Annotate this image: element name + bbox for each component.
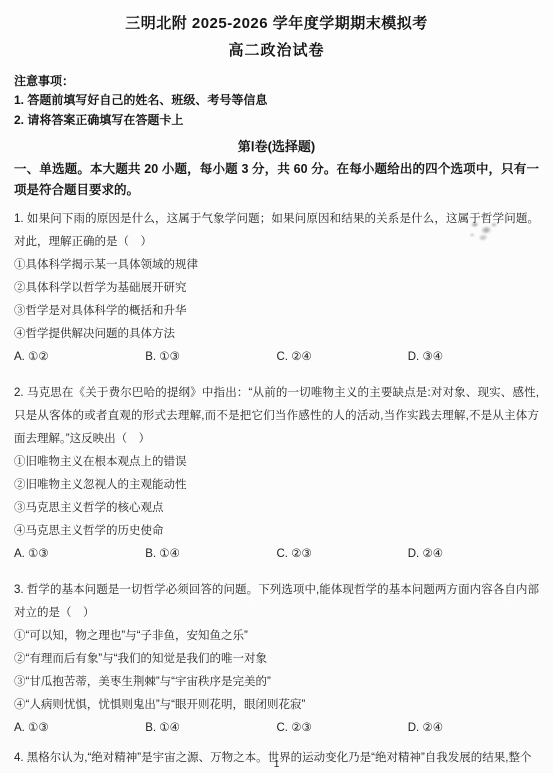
question-2-option-c: C. ②③: [277, 543, 408, 566]
question-1-option-d: D. ③④: [408, 346, 539, 369]
question-3-option-b: B. ①④: [145, 717, 276, 740]
page-number: 1: [0, 758, 553, 770]
question-1-option-b: B. ①③: [145, 346, 276, 369]
notice-line-1: 1. 答题前填写好自己的姓名、班级、考号等信息: [14, 90, 539, 110]
question-1: 1. 如果问下雨的原因是什么，这属于气象学问题；如果问原因和结果的关系是什么，这…: [14, 208, 539, 369]
question-3-item-3: ③“甘瓜抱苦蒂，美枣生荆棘”与“宇宙秩序是完美的”: [14, 671, 539, 694]
question-3-options: A. ①③ B. ①④ C. ②③ D. ②④: [14, 717, 539, 740]
notice-line-2: 2. 请将答案正确填写在答题卡上: [14, 110, 539, 130]
question-3-option-d: D. ②④: [408, 717, 539, 740]
question-3-option-a: A. ①③: [14, 717, 145, 740]
section-intro: 一、单选题。本大题共 20 小题，每小题 3 分，共 60 分。在每小题给出的四…: [14, 159, 539, 201]
notice-heading: 注意事项：: [14, 72, 539, 90]
question-2-options: A. ①③ B. ①④ C. ②③ D. ②④: [14, 543, 539, 566]
exam-title: 三明北附 2025-2026 学年度学期期末模拟考: [14, 12, 539, 33]
question-2-item-1: ①旧唯物主义在根本观点上的错误: [14, 451, 539, 474]
exam-page: 三明北附 2025-2026 学年度学期期末模拟考 高二政治试卷 注意事项： 1…: [0, 0, 553, 773]
question-3-item-1: ①“可以知，物之理也”与“子非鱼，安知鱼之乐”: [14, 625, 539, 648]
question-1-option-c: C. ②④: [277, 346, 408, 369]
question-2-option-a: A. ①③: [14, 543, 145, 566]
question-2: 2. 马克思在《关于费尔巴哈的提纲》中指出：“从前的一切唯物主义的主要缺点是:对…: [14, 382, 539, 566]
question-2-item-2: ②旧唯物主义忽视人的主观能动性: [14, 474, 539, 497]
question-1-item-4: ④哲学提供解决问题的具体方法: [14, 323, 539, 346]
question-2-stem: 2. 马克思在《关于费尔巴哈的提纲》中指出：“从前的一切唯物主义的主要缺点是:对…: [14, 382, 539, 451]
exam-subtitle: 高二政治试卷: [14, 39, 539, 60]
question-2-option-d: D. ②④: [408, 543, 539, 566]
question-3-stem: 3. 哲学的基本问题是一切哲学必须回答的问题。下列选项中,能体现哲学的基本问题两…: [14, 579, 539, 625]
question-1-option-a: A. ①②: [14, 346, 145, 369]
section-title: 第Ⅰ卷(选择题): [14, 137, 539, 157]
question-3-item-4: ④“人病则忧惧，忧惧则鬼出”与“眼开则花明，眼闭则花寂”: [14, 694, 539, 717]
question-1-item-3: ③哲学是对具体科学的概括和升华: [14, 300, 539, 323]
question-1-item-2: ②具体科学以哲学为基础展开研究: [14, 277, 539, 300]
question-3: 3. 哲学的基本问题是一切哲学必须回答的问题。下列选项中,能体现哲学的基本问题两…: [14, 579, 539, 740]
question-2-option-b: B. ①④: [145, 543, 276, 566]
question-1-stem: 1. 如果问下雨的原因是什么，这属于气象学问题；如果问原因和结果的关系是什么，这…: [14, 208, 539, 254]
question-1-options: A. ①② B. ①③ C. ②④ D. ③④: [14, 346, 539, 369]
question-3-item-2: ②“有理而后有象”与“我们的知觉是我们的唯一对象: [14, 648, 539, 671]
question-1-item-1: ①具体科学揭示某一具体领域的规律: [14, 254, 539, 277]
question-3-option-c: C. ②③: [277, 717, 408, 740]
question-2-item-3: ③马克思主义哲学的核心观点: [14, 497, 539, 520]
question-2-item-4: ④马克思主义哲学的历史使命: [14, 520, 539, 543]
